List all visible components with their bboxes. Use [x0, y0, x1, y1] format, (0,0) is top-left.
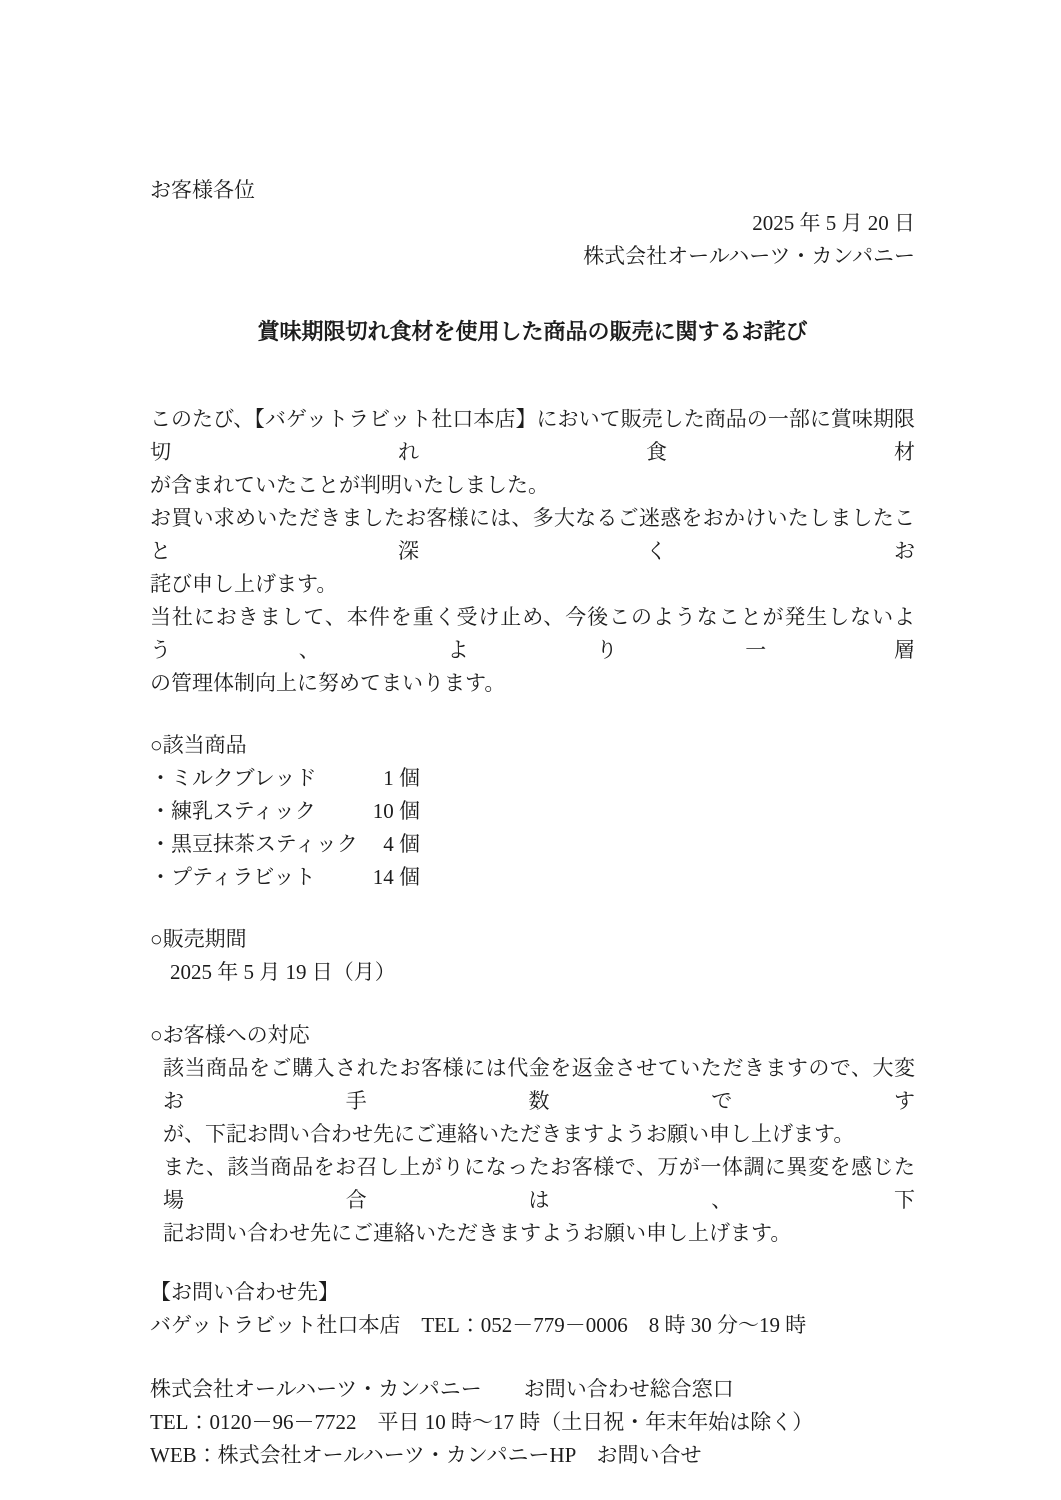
response-line: が、下記お問い合わせ先にご連絡いただきますようお願い申し上げます。: [150, 1118, 915, 1151]
response-line: 記お問い合わせ先にご連絡いただきますようお願い申し上げます。: [150, 1217, 915, 1250]
body-paragraphs: このたび、【バゲットラビット社口本店】において販売した商品の一部に賞味期限切れ食…: [150, 403, 915, 700]
company-signature-line: 株式会社オールハーツ・カンパニー: [150, 240, 915, 273]
product-row: ・黒豆抹茶スティック 4 個: [150, 828, 915, 861]
product-quantity: 10 個: [362, 795, 420, 828]
product-quantity: 1 個: [362, 762, 420, 795]
product-name: ・黒豆抹茶スティック: [150, 828, 362, 861]
footer-web-line: WEB：株式会社オールハーツ・カンパニーHP お問い合せ: [150, 1439, 915, 1472]
product-quantity: 14 個: [362, 861, 420, 894]
sales-period-section: ○販売期間 2025 年 5 月 19 日（月）: [150, 923, 915, 989]
response-line: また、該当商品をお召し上がりになったお客様で、万が一体調に異変を感じた場合は、下: [150, 1151, 915, 1217]
apology-letter-page: お客様各位 2025 年 5 月 20 日 株式会社オールハーツ・カンパニー 賞…: [0, 0, 1061, 1500]
product-quantity: 4 個: [362, 828, 420, 861]
body-line: の管理体制向上に努めてまいります。: [150, 667, 915, 700]
customer-response-section: ○お客様への対応 該当商品をご購入されたお客様には代金を返金させていただきますの…: [150, 1019, 915, 1250]
product-name: ・ミルクブレッド: [150, 762, 362, 795]
footer-contact-section: 株式会社オールハーツ・カンパニー お問い合わせ総合窓口 TEL：0120－96－…: [150, 1373, 915, 1472]
footer-tel-line: TEL：0120－96－7722 平日 10 時～17 時（土日祝・年末年始は除…: [150, 1406, 915, 1439]
body-line: お買い求めいただきましたお客様には、多大なるご迷惑をおかけいたしましたこと深くお: [150, 502, 915, 568]
product-row: ・ミルクブレッド 1 個: [150, 762, 915, 795]
body-line: 詫び申し上げます。: [150, 568, 915, 601]
affected-products-section: ○該当商品 ・ミルクブレッド 1 個 ・練乳スティック 10 個 ・黒豆抹茶ステ…: [150, 729, 915, 894]
product-name: ・プティラビット: [150, 861, 362, 894]
product-name: ・練乳スティック: [150, 795, 362, 828]
body-line: このたび、【バゲットラビット社口本店】において販売した商品の一部に賞味期限切れ食…: [150, 403, 915, 469]
footer-company-line: 株式会社オールハーツ・カンパニー お問い合わせ総合窓口: [150, 1373, 915, 1406]
response-heading: ○お客様への対応: [150, 1019, 915, 1052]
document-title: 賞味期限切れ食材を使用した商品の販売に関するお詫び: [150, 315, 915, 348]
sales-period-value: 2025 年 5 月 19 日（月）: [150, 956, 915, 989]
body-line: が含まれていたことが判明いたしました。: [150, 469, 915, 502]
products-heading: ○該当商品: [150, 729, 915, 762]
product-row: ・練乳スティック 10 個: [150, 795, 915, 828]
recipient-line: お客様各位: [150, 174, 915, 207]
contact-section: 【お問い合わせ先】 バゲットラビット社口本店 TEL：052－779－0006 …: [150, 1276, 915, 1342]
body-line: 当社におきまして、本件を重く受け止め、今後このようなことが発生しないよう、より一…: [150, 601, 915, 667]
contact-store-line: バゲットラビット社口本店 TEL：052－779－0006 8 時 30 分～1…: [150, 1309, 915, 1342]
sales-period-heading: ○販売期間: [150, 923, 915, 956]
product-row: ・プティラビット 14 個: [150, 861, 915, 894]
date-line: 2025 年 5 月 20 日: [150, 207, 915, 240]
contact-heading: 【お問い合わせ先】: [150, 1276, 915, 1309]
response-line: 該当商品をご購入されたお客様には代金を返金させていただきますので、大変お手数です: [150, 1052, 915, 1118]
